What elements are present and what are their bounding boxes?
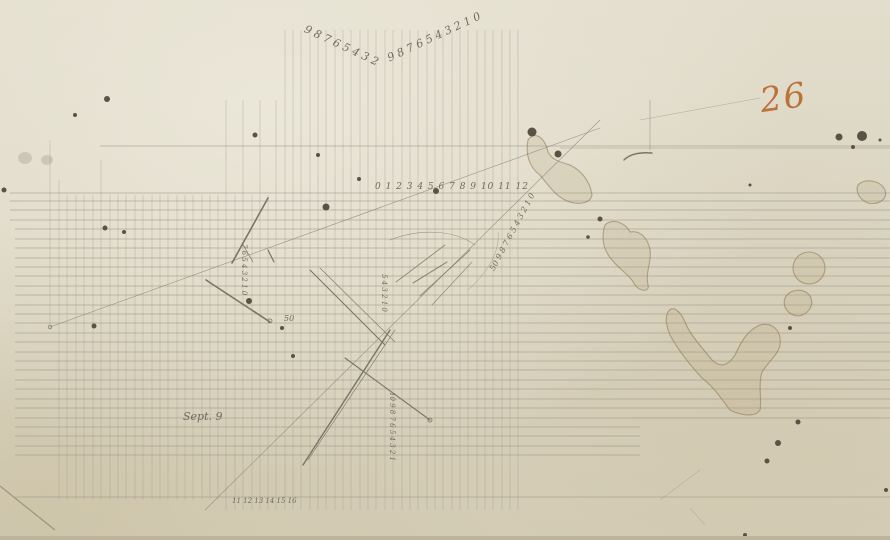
bottom-scale-numerals: 11 12 13 14 15 16 [232,497,297,505]
lower-column-numerals: 10 9 8 7 6 5 4 3 2 1 [388,392,396,461]
left-bottom-mark: 50 [284,314,294,323]
scale-row-numerals: 0 1 2 3 4 5 6 7 8 9 10 11 12 [375,182,529,192]
left-note: Sept. 9 [183,410,223,423]
manuscript-page: 26 9 8 7 6 5 4 3 2 9 8 7 6 5 4 3 2 1 0 0… [0,0,890,540]
center-column-numerals: 5 4 3 2 1 0 [380,274,388,312]
left-column-numerals: 7 6 5 4 3 2 1 0 [240,244,248,295]
page-number: 26 [757,75,809,121]
